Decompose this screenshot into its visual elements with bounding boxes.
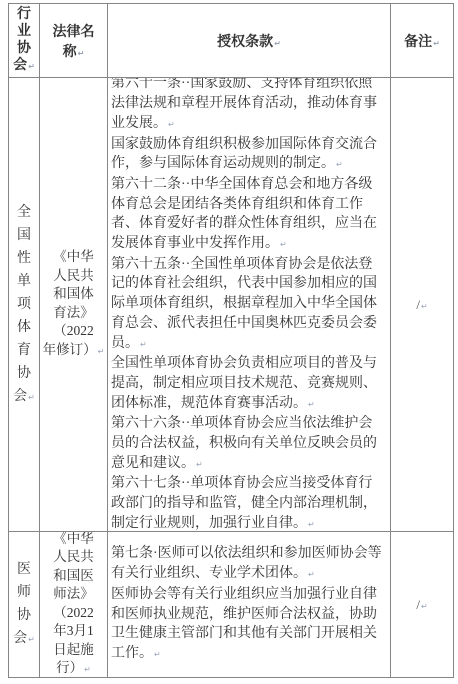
cell-remark-physicians: / xyxy=(391,532,454,678)
clause-paragraph: 第七条·医师可以依法组织和参加医师协会等有关行业组织、专业学术团体。 xyxy=(111,544,385,584)
clause-paragraph: 第六十一条··国家鼓励、支持体育组织依照法律法规和章程开展体育活动，推动体育事业… xyxy=(111,78,385,135)
cell-law-sports: 《中华 人民共 和国体 育法》 （2022 年修订） xyxy=(40,78,108,532)
clause-paragraph: 第六十七条··单项体育协会应当接受体育行政部门的指导和监管，健全内部治理机制，制… xyxy=(111,474,385,532)
authorization-table: 行 业 协 会 法律名 称 授权条款 备注 全 国 性 单 项 体 育 协 会 … xyxy=(8,3,454,678)
clause-paragraph: 医师协会等有关行业组织应当加强行业自律和医师执业规范，维护医师合法权益，协助卫生… xyxy=(111,585,385,665)
header-authorization-clauses: 授权条款 xyxy=(108,4,391,78)
clause-paragraph: 第六十六条··单项体育协会应当依法维护会员的合法权益，积极向有关单位反映会员的意… xyxy=(111,414,385,474)
cell-clauses-sports: 第六十一条··国家鼓励、支持体育组织依照法律法规和章程开展体育活动，推动体育事业… xyxy=(108,78,391,532)
header-authorization-clauses-label: 授权条款 xyxy=(217,31,281,51)
header-remark-label: 备注 xyxy=(404,31,440,51)
clauses-sports-list: 第六十一条··国家鼓励、支持体育组织依照法律法规和章程开展体育活动，推动体育事业… xyxy=(111,78,385,532)
law-sports-label: 《中华 人民共 和国体 育法》 （2022 年修订） xyxy=(43,248,105,361)
law-physicians-label: 《中华 人民共 和国医 师法》 （2022 年3月1 日起施 行） xyxy=(53,532,94,678)
header-law-name-label: 法律名 称 xyxy=(53,21,95,61)
cell-association-physicians: 医 师 协 会 xyxy=(9,532,40,678)
header-law-name: 法律名 称 xyxy=(40,4,108,78)
remark-physicians-value: / xyxy=(416,597,427,613)
clause-paragraph: 国家鼓励体育组织积极参加国际体育交流合作，参与国际体育运动规则的制定。 xyxy=(111,135,385,175)
cell-remark-sports: / xyxy=(391,78,454,532)
header-industry-association: 行 业 协 会 xyxy=(9,4,40,78)
header-remark: 备注 xyxy=(391,4,454,78)
clauses-physicians-list: 第七条·医师可以依法组织和参加医师协会等有关行业组织、专业学术团体。医师协会等有… xyxy=(111,544,385,664)
clause-paragraph: 第六十二条··中华全国体育总会和地方各级体育总会是团结各类体育组织和体育工作者、… xyxy=(111,175,385,255)
clause-paragraph: 全国性单项体育协会负责相应项目的普及与提高，制定相应项目技术规范、竞赛规则、团体… xyxy=(111,354,385,414)
remark-sports-value: / xyxy=(416,297,427,313)
cell-law-physicians: 《中华 人民共 和国医 师法》 （2022 年3月1 日起施 行） xyxy=(40,532,108,678)
clause-paragraph: 第六十五条··全国性单项体育协会是依法登记的体育社会组织，代表中国参加相应的国际… xyxy=(111,255,385,355)
cell-clauses-physicians: 第七条·医师可以依法组织和参加医师协会等有关行业组织、专业学术团体。医师协会等有… xyxy=(108,532,391,678)
header-industry-association-label: 行 业 协 会 xyxy=(13,6,35,75)
document-page: 行 业 协 会 法律名 称 授权条款 备注 全 国 性 单 项 体 育 协 会 … xyxy=(0,0,458,684)
association-sports-label: 全 国 性 单 项 体 育 协 会 xyxy=(13,201,35,409)
association-physicians-label: 医 师 协 会 xyxy=(13,558,35,651)
cell-association-sports: 全 国 性 单 项 体 育 协 会 xyxy=(9,78,40,532)
